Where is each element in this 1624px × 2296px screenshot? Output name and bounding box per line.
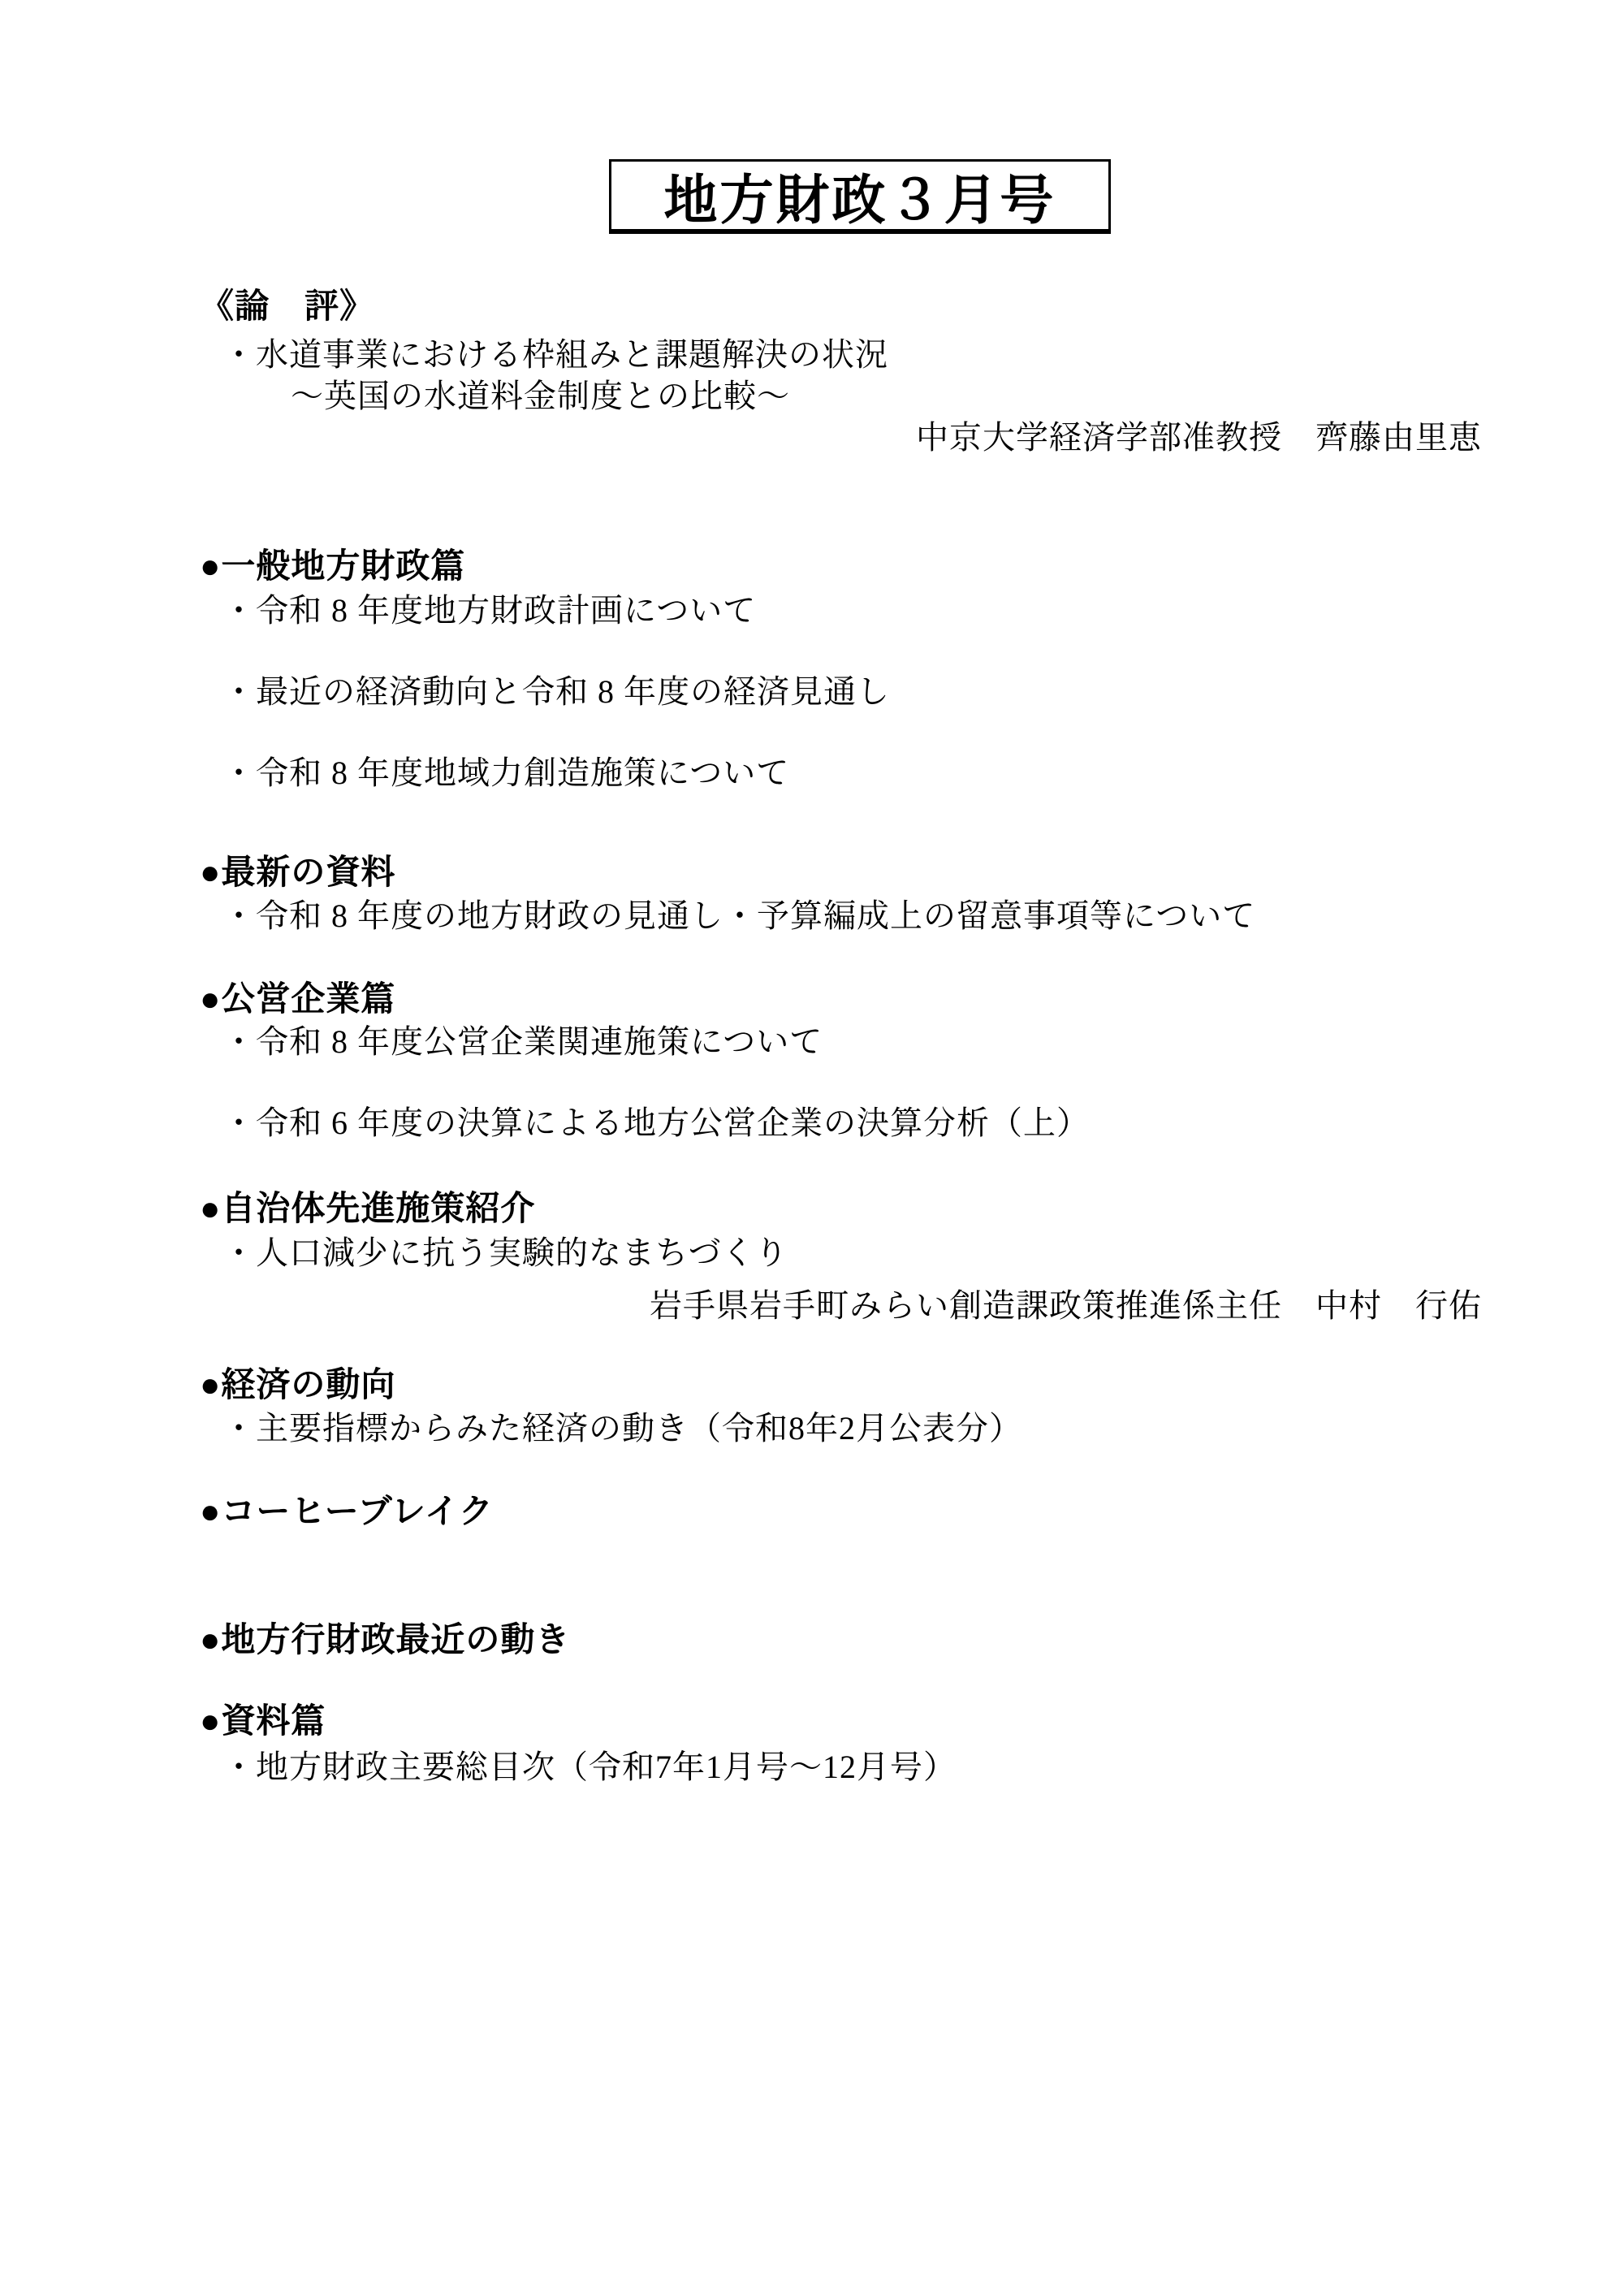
toc-item: ・水道事業における枠組みと課題解決の状況 <box>222 332 888 377</box>
toc-item-subtitle: ～英国の水道料金制度との比較～ <box>291 374 790 418</box>
section-heading-latest-materials: ●最新の資料 <box>200 850 395 894</box>
title-box: 地方財政３月号 <box>609 159 1111 234</box>
author-credit: 中京大学経済学部准教授 齊藤由里恵 <box>916 415 1482 460</box>
toc-item: ・令和 8 年度地域力創造施策について <box>222 750 789 795</box>
toc-item: ・令和 6 年度の決算による地方公営企業の決算分析（上） <box>222 1100 1090 1145</box>
toc-item: ・人口減少に抗う実験的なまちづくり <box>222 1230 788 1275</box>
section-heading-coffee-break: ●コーヒーブレイク <box>200 1489 494 1533</box>
section-heading-review: 《論 評》 <box>200 283 374 328</box>
section-heading-economic-trends: ●経済の動向 <box>200 1362 395 1407</box>
section-heading-public-enterprise: ●公営企業篇 <box>200 976 395 1021</box>
toc-item: ・令和 8 年度公営企業関連施策について <box>222 1019 823 1064</box>
section-heading-recent-developments: ●地方行財政最近の動き <box>200 1617 570 1662</box>
author-credit: 岩手県岩手町みらい創造課政策推進係主任 中村 行佑 <box>650 1283 1482 1328</box>
magazine-title: 地方財政３月号 <box>664 157 1056 234</box>
document-page: 地方財政３月号 《論 評》 ・水道事業における枠組みと課題解決の状況 ～英国の水… <box>0 0 1624 2296</box>
section-heading-general-local-finance: ●一般地方財政篇 <box>200 543 465 588</box>
toc-item: ・令和 8 年度の地方財政の見通し・予算編成上の留意事項等について <box>222 893 1255 938</box>
toc-item: ・令和 8 年度地方財政計画について <box>222 588 756 633</box>
section-heading-reference: ●資料篇 <box>200 1698 326 1743</box>
toc-item: ・最近の経済動向と令和 8 年度の経済見通し <box>222 669 890 714</box>
section-heading-municipal-initiatives: ●自治体先進施策紹介 <box>200 1186 535 1230</box>
toc-item: ・地方財政主要総目次（令和7年1月号～12月号） <box>222 1745 957 1789</box>
toc-item: ・主要指標からみた経済の動き（令和8年2月公表分） <box>222 1406 1022 1451</box>
